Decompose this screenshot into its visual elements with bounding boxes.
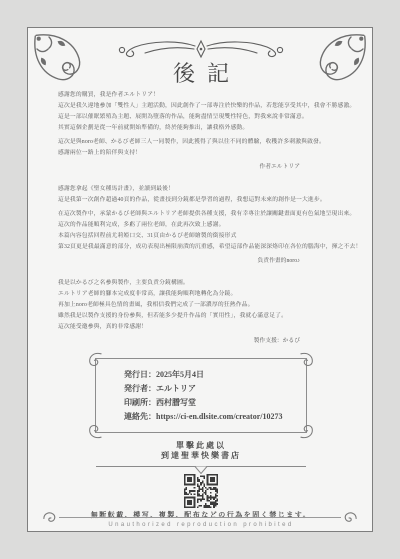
qr-note: 單擊此處以 到達聖華快樂書店 (58, 441, 344, 461)
colophon-box: 発行日：2025年5月4日発行者：エルトリア印刷所：西村謄写堂連絡先：https… (95, 358, 307, 433)
signature-line: 作者エルトリア (58, 162, 344, 173)
colophon-value: エルトリア (156, 384, 196, 393)
signature-line: 製作支援：かるび (58, 336, 344, 347)
afterword-line: 感謝兩位一路上的陪伴與支持！ (58, 148, 344, 159)
colophon-row: 印刷所：西村謄写堂 (124, 396, 300, 410)
box-corner-curl-icon (300, 425, 315, 440)
header-divider-ornament (58, 37, 344, 61)
colophon-row: 発行日：2025年5月4日 (124, 368, 300, 382)
down-pointer-divider (58, 462, 344, 472)
box-corner-curl-icon (87, 351, 102, 366)
qr-note-line2: 到達聖華快樂書店 (58, 451, 344, 461)
box-corner-curl-icon (87, 425, 102, 440)
bottom-rule-line (59, 517, 341, 518)
afterword-line: 感謝您的購買，我是作者エルトリア！ (58, 90, 344, 101)
qr-note-line1: 單擊此處以 (58, 441, 344, 451)
afterword-line: 這次是與noro老師、かるび老師三人一同製作，因此獲得了與以往不同的體驗，收穫許… (58, 137, 344, 148)
afterword-line: 第32頁更是我最滿意的部分，成功表現出極限崩潰的沉重感，希望這部作品能深深烙印在… (58, 242, 344, 253)
afterword-line: 這次的作品能順利完成，多虧了兩位老師，在此再次致上感謝。 (58, 220, 344, 231)
afterword-paragraph: 在這次製作中，承蒙かるび老師與エルトリア老師提供各種支援，我有幸專注於讓關鍵畫面… (58, 209, 344, 253)
colophon-label: 連絡先： (124, 412, 156, 421)
afterword-line: 這次能受邀參與，真的非常感謝！ (58, 322, 344, 333)
colophon-rows: 発行日：2025年5月4日発行者：エルトリア印刷所：西村謄写堂連絡先：https… (124, 368, 300, 424)
bottom-ornament-rule (42, 509, 358, 525)
afterword-line: 這是一部以催眠繁殖為主題、展開為墮落的作品，能夠盡情呈現雙性特色，對我來說非常滿… (58, 112, 344, 123)
afterword-line: 雖然我是以製作支援的身份參與，但若能多少提升作品的「實用性」，我就心滿意足了。 (58, 311, 344, 322)
box-corner-curl-icon (300, 351, 315, 366)
colophon-label: 発行日： (124, 370, 156, 379)
colophon-value: 2025年5月4日 (156, 370, 204, 379)
afterword-section: 感謝您拿起《聖女種馬計畫》，並讀到最後！這是我第一次創作超過40頁的作品，從畫技… (58, 184, 344, 267)
colophon-row: 連絡先：https://ci-en.dlsite.com/creator/102… (124, 410, 300, 424)
afterword-page: 後記 感謝您的購買，我是作者エルトリア！這次是我久違地參加「雙性人」主題活動，因… (0, 0, 400, 559)
afterword-line: エルトリア老師的腳本完成度非常高，讓我能夠順利地轉化為分鏡。 (58, 289, 344, 300)
spiral-end-curl-icon (343, 510, 358, 525)
page-frame: 後記 感謝您的購買，我是作者エルトリア！這次是我久違地參加「雙性人」主題活動，因… (27, 27, 373, 532)
afterword-line: 這是我第一次創作超過40頁的作品，從畫技到分鏡都是學習的過程，我想這對未來的創作… (58, 195, 344, 206)
afterword-paragraph: 我是以かるび之名參與製作，主要負責分鏡構圖。エルトリア老師的腳本完成度非常高，讓… (58, 278, 344, 333)
afterword-paragraph: 感謝您的購買，我是作者エルトリア！這次是我久違地參加「雙性人」主題活動，因此創作… (58, 90, 344, 134)
spiral-end-curl-icon (42, 510, 57, 525)
afterword-line: 其實這個企劃是從一年前就開始準備的，終於能夠推出，讓我格外感動。 (58, 123, 344, 134)
colophon-value: 西村謄写堂 (156, 398, 196, 407)
afterword-line: 感謝您拿起《聖女種馬計畫》，並讀到最後！ (58, 184, 344, 195)
qr-code (184, 474, 218, 508)
afterword-paragraph: 感謝您拿起《聖女種馬計畫》，並讀到最後！這是我第一次創作超過40頁的作品，從畫技… (58, 184, 344, 206)
afterword-line: 這次是我久違地參加「雙性人」主題活動，因此創作了一部專注於快樂的作品，若您能享受… (58, 101, 344, 112)
afterword-line: 再加上noro老師極具色情的畫風，我相信我們完成了一部濃厚的狂熱作品。 (58, 300, 344, 311)
page-title: 後記 (58, 62, 344, 86)
colophon-label: 発行者： (124, 384, 156, 393)
afterword-line: 我是以かるび之名參與製作，主要負責分鏡構圖。 (58, 278, 344, 289)
colophon-label: 印刷所： (124, 398, 156, 407)
page-content: 後記 感謝您的購買，我是作者エルトリア！這次是我久違地參加「雙性人」主題活動，因… (28, 28, 372, 531)
colophon-row: 発行者：エルトリア (124, 382, 300, 396)
afterword-line: 在這次製作中，承蒙かるび老師與エルトリア老師提供各種支援，我有幸專注於讓關鍵畫面… (58, 209, 344, 220)
afterword-section: 我是以かるび之名參與製作，主要負責分鏡構圖。エルトリア老師的腳本完成度非常高，讓… (58, 278, 344, 347)
afterword-line: 本篇內容包括回程前尤莉婭口交、31頁由かるび老師繪製的銜接形式 (58, 231, 344, 242)
afterword-paragraph: 這次是與noro老師、かるび老師三人一同製作，因此獲得了與以往不同的體驗，收穫許… (58, 137, 344, 159)
afterword-sections: 感謝您的購買，我是作者エルトリア！這次是我久違地參加「雙性人」主題活動，因此創作… (58, 90, 344, 347)
colophon-url-link[interactable]: https://ci-en.dlsite.com/creator/10273 (156, 412, 283, 421)
signature-line: 負責作畫的noro♪ (58, 256, 344, 267)
afterword-section: 感謝您的購買，我是作者エルトリア！這次是我久違地參加「雙性人」主題活動，因此創作… (58, 90, 344, 173)
